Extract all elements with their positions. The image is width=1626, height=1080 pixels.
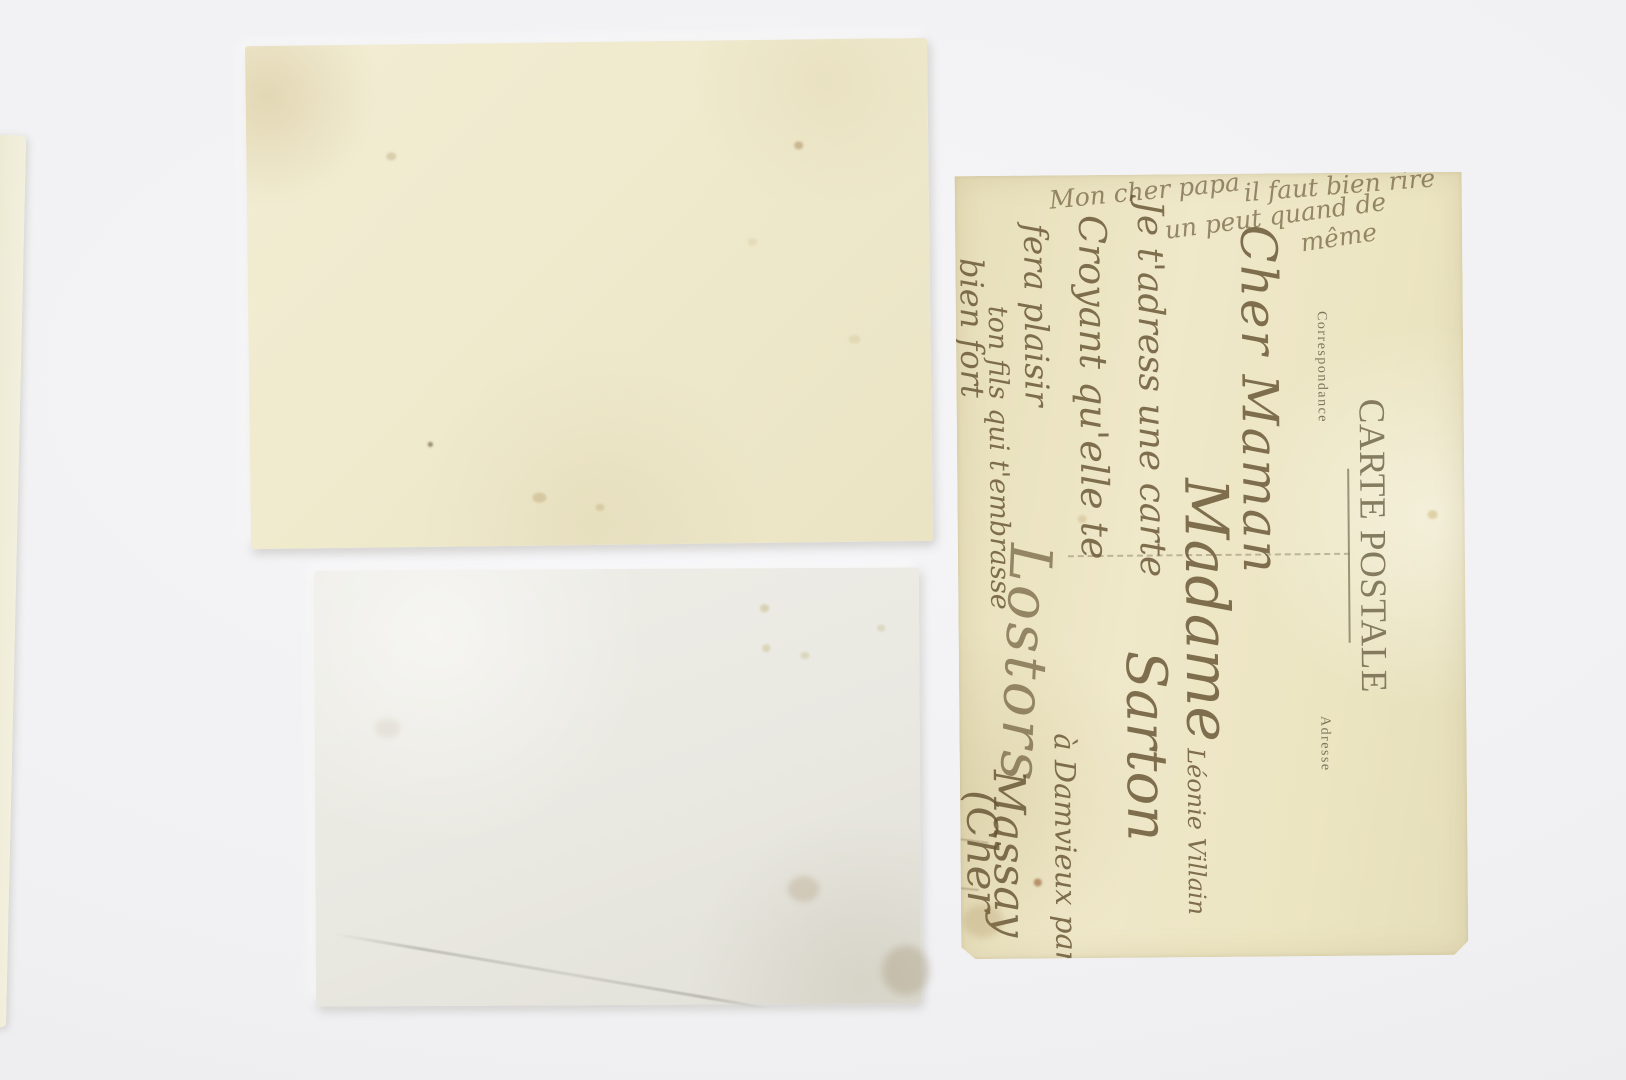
stain-spot xyxy=(1428,510,1438,519)
handwriting-address-line2: Sarton xyxy=(1117,650,1175,841)
stain-spot xyxy=(760,604,769,612)
stain-spot xyxy=(877,625,885,632)
handwriting-address-line1: Madame xyxy=(1175,478,1237,742)
stain-spot xyxy=(747,238,757,246)
handwriting-message-line2: Croyant qu'elle te xyxy=(1073,215,1114,560)
stain-smudge xyxy=(963,904,1003,938)
stain-spot xyxy=(794,141,803,149)
handwriting-address-line3: Léonie Villain xyxy=(1184,748,1209,915)
stain-spot xyxy=(800,652,809,659)
stain-spot xyxy=(1034,878,1042,886)
postcard-address-label: Adresse xyxy=(1317,716,1331,772)
stain-spot xyxy=(1078,515,1087,523)
title-underline-rule xyxy=(1347,469,1351,643)
stain-smudge xyxy=(375,718,401,738)
postcard-title: CARTE POSTALE xyxy=(1353,398,1393,693)
stain-smudge xyxy=(787,876,819,902)
partial-card-left-edge xyxy=(0,135,26,1028)
handwriting-address-line4: à Damvieux par xyxy=(1049,733,1080,965)
blank-card-back-top-left xyxy=(245,38,933,549)
handwriting-message-line1: Je t'adress une carte xyxy=(1131,200,1170,577)
postcard-back: Correspondance CARTE POSTALE Adresse Mon… xyxy=(955,172,1469,959)
stain-spot xyxy=(762,644,770,652)
stain-spot xyxy=(596,504,605,511)
scratch-mark xyxy=(334,933,770,1010)
handwriting-salutation: Cher Maman xyxy=(1233,224,1286,575)
postcard-correspondence-label: Correspondance xyxy=(1314,311,1329,423)
stain-spot xyxy=(428,442,433,447)
stain-spot xyxy=(849,335,861,344)
stain-spot xyxy=(532,493,546,503)
photo-scene: Correspondance CARTE POSTALE Adresse Mon… xyxy=(0,0,1626,1080)
stain-spot xyxy=(386,152,396,160)
stain-smudge xyxy=(882,945,930,995)
handwriting-address-line6: (Cher xyxy=(960,790,1003,911)
photo-card-back-bottom-left xyxy=(314,567,921,1006)
handwriting-message-line5: bien fort xyxy=(955,258,988,398)
handwriting-message-line3: fera plaisir xyxy=(1019,223,1054,406)
